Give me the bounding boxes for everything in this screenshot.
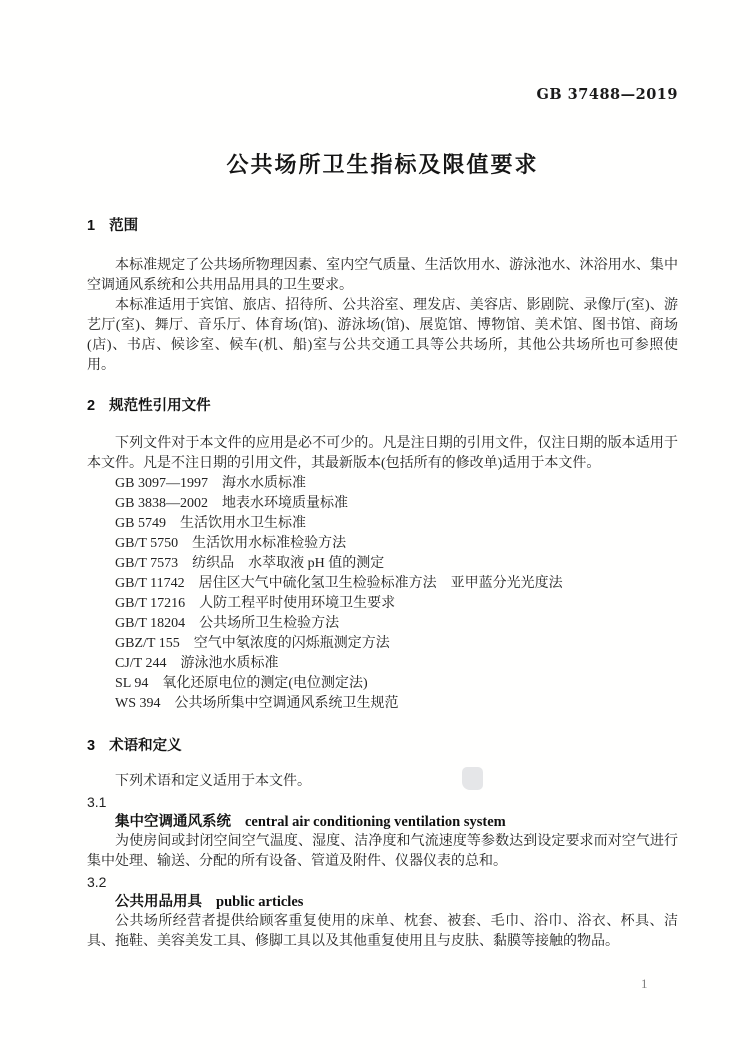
reference-code: GB/T 18204 bbox=[115, 616, 185, 631]
terms-intro: 下列术语和定义适用于本文件。 bbox=[87, 772, 678, 792]
term-number: 3.1 bbox=[87, 792, 678, 812]
reference-code: GB/T 17216 bbox=[115, 596, 185, 611]
section-number: 2 bbox=[87, 398, 95, 414]
section-heading-terms: 3术语和定义 bbox=[87, 736, 678, 756]
reference-title: 人防工程平时使用环境卫生要求 bbox=[199, 596, 395, 611]
reference-item: GB 5749生活饮用水卫生标准 bbox=[87, 514, 678, 534]
reference-title: 空气中氡浓度的闪烁瓶测定方法 bbox=[194, 636, 390, 651]
reference-code: GB/T 5750 bbox=[115, 536, 178, 551]
reference-item: GB 3097—1997海水水质标准 bbox=[87, 474, 678, 494]
term-name-english: public articles bbox=[216, 894, 303, 910]
reference-title: 游泳池水质标准 bbox=[180, 656, 278, 671]
reference-code: GB 3097—1997 bbox=[115, 476, 208, 491]
reference-code: GBZ/T 155 bbox=[115, 636, 180, 651]
scan-artifact bbox=[462, 767, 483, 790]
standard-code: GB 37488—2019 bbox=[87, 0, 678, 104]
section-title: 范围 bbox=[109, 218, 138, 234]
term-definition: 为使房间或封闭空间空气温度、湿度、洁净度和气流速度等参数达到设定要求而对空气进行… bbox=[87, 832, 678, 872]
reference-code: GB/T 11742 bbox=[115, 576, 185, 591]
term-name-chinese: 公共用品用具 bbox=[115, 894, 202, 910]
term-definition: 公共场所经营者提供给顾客重复使用的床单、枕套、被套、毛巾、浴巾、浴衣、杯具、洁具… bbox=[87, 912, 678, 952]
reference-title: 地表水环境质量标准 bbox=[222, 496, 348, 511]
reference-title: 氧化还原电位的测定(电位测定法) bbox=[162, 676, 367, 691]
reference-code: SL 94 bbox=[115, 676, 148, 691]
reference-list: GB 3097—1997海水水质标准 GB 3838—2002地表水环境质量标准… bbox=[87, 474, 678, 714]
page-number: 1 bbox=[641, 976, 648, 992]
reference-item: GBZ/T 155空气中氡浓度的闪烁瓶测定方法 bbox=[87, 634, 678, 654]
term-heading: 公共用品用具public articles bbox=[87, 892, 678, 912]
scope-paragraph-2: 本标准适用于宾馆、旅店、招待所、公共浴室、理发店、美容店、影剧院、录像厅(室)、… bbox=[87, 296, 678, 376]
reference-code: GB/T 7573 bbox=[115, 556, 178, 571]
page-content: GB 37488—2019 公共场所卫生指标及限值要求 1范围 本标准规定了公共… bbox=[87, 0, 678, 952]
reference-code: WS 394 bbox=[115, 696, 161, 711]
reference-code: CJ/T 244 bbox=[115, 656, 166, 671]
reference-code: GB 3838—2002 bbox=[115, 496, 208, 511]
document-title: 公共场所卫生指标及限值要求 bbox=[87, 150, 678, 180]
reference-item: GB/T 18204公共场所卫生检验方法 bbox=[87, 614, 678, 634]
reference-title: 海水水质标准 bbox=[222, 476, 306, 491]
reference-item: GB/T 11742居住区大气中硫化氢卫生检验标准方法 亚甲蓝分光光度法 bbox=[87, 574, 678, 594]
term-number: 3.2 bbox=[87, 872, 678, 892]
section-number: 3 bbox=[87, 738, 95, 754]
term-entry: 3.1 集中空调通风系统central air conditioning ven… bbox=[87, 792, 678, 872]
reference-title: 居住区大气中硫化氢卫生检验标准方法 亚甲蓝分光光度法 bbox=[199, 576, 563, 591]
reference-title: 公共场所卫生检验方法 bbox=[199, 616, 339, 631]
reference-item: CJ/T 244游泳池水质标准 bbox=[87, 654, 678, 674]
reference-item: GB 3838—2002地表水环境质量标准 bbox=[87, 494, 678, 514]
section-heading-scope: 1范围 bbox=[87, 216, 678, 236]
reference-item: WS 394公共场所集中空调通风系统卫生规范 bbox=[87, 694, 678, 714]
section-title: 规范性引用文件 bbox=[109, 398, 211, 414]
reference-title: 纺织品 水萃取液 pH 值的测定 bbox=[192, 556, 384, 571]
reference-title: 生活饮用水卫生标准 bbox=[180, 516, 306, 531]
reference-item: SL 94氧化还原电位的测定(电位测定法) bbox=[87, 674, 678, 694]
reference-title: 生活饮用水标准检验方法 bbox=[192, 536, 346, 551]
term-heading: 集中空调通风系统central air conditioning ventila… bbox=[87, 812, 678, 832]
reference-item: GB/T 7573纺织品 水萃取液 pH 值的测定 bbox=[87, 554, 678, 574]
reference-title: 公共场所集中空调通风系统卫生规范 bbox=[175, 696, 399, 711]
section-number: 1 bbox=[87, 218, 95, 234]
term-entry: 3.2 公共用品用具public articles 公共场所经营者提供给顾客重复… bbox=[87, 872, 678, 952]
references-intro: 下列文件对于本文件的应用是必不可少的。凡是注日期的引用文件，仅注日期的版本适用于… bbox=[87, 434, 678, 474]
document-page: GB 37488—2019 公共场所卫生指标及限值要求 1范围 本标准规定了公共… bbox=[0, 0, 750, 1060]
term-entries: 3.1 集中空调通风系统central air conditioning ven… bbox=[87, 792, 678, 952]
term-name-chinese: 集中空调通风系统 bbox=[115, 814, 231, 830]
scope-paragraph-1: 本标准规定了公共场所物理因素、室内空气质量、生活饮用水、游泳池水、沐浴用水、集中… bbox=[87, 256, 678, 296]
reference-item: GB/T 5750生活饮用水标准检验方法 bbox=[87, 534, 678, 554]
reference-item: GB/T 17216人防工程平时使用环境卫生要求 bbox=[87, 594, 678, 614]
section-title: 术语和定义 bbox=[109, 738, 182, 754]
term-name-english: central air conditioning ventilation sys… bbox=[245, 814, 506, 830]
reference-code: GB 5749 bbox=[115, 516, 166, 531]
section-heading-references: 2规范性引用文件 bbox=[87, 396, 678, 416]
